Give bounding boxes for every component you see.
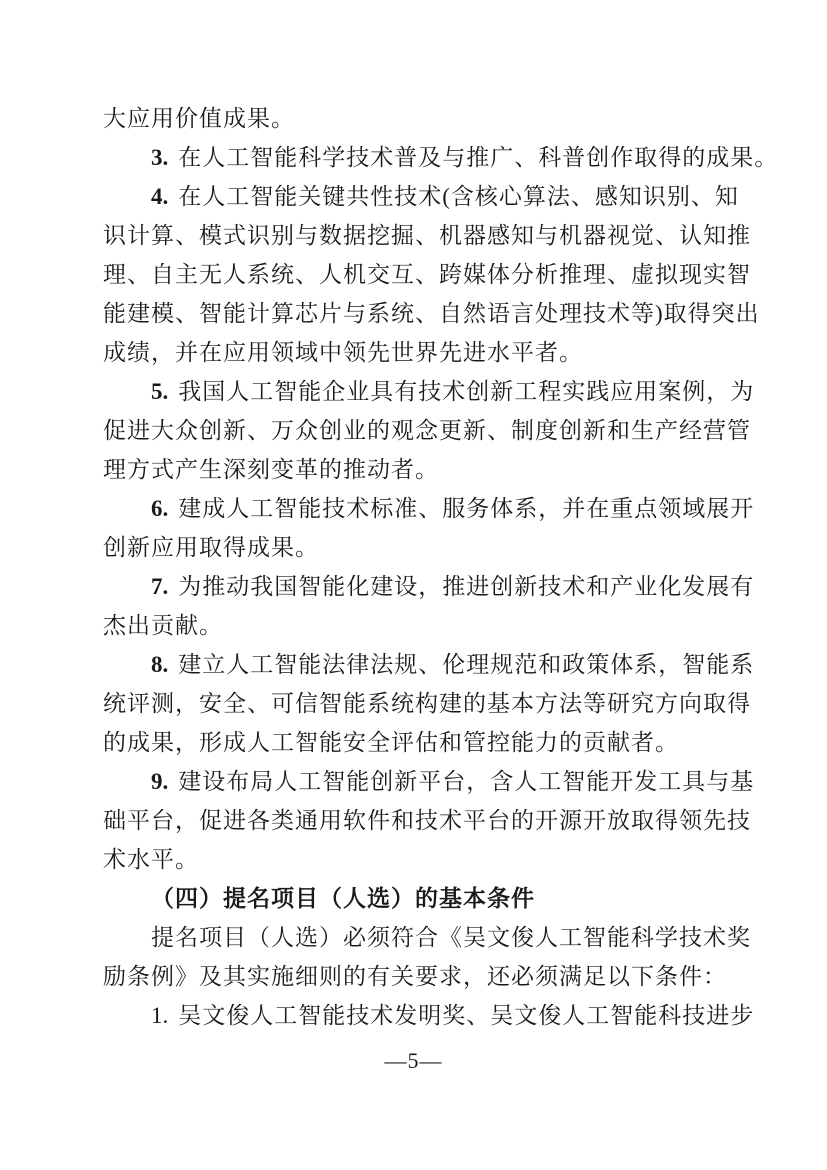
line-text: 建成人工智能技术标准、服务体系，并在重点领域展开	[178, 496, 754, 521]
line-text: 励条例》及其实施细则的有关要求，还必须满足以下条件：	[103, 964, 727, 989]
text-line: 能建模、智能计算芯片与系统、自然语言处理技术等)取得突出	[103, 294, 758, 333]
line-text: 大应用价值成果。	[103, 106, 295, 131]
list-number: 9.	[151, 769, 168, 794]
text-line: 的成果，形成人工智能安全评估和管控能力的贡献者。	[103, 723, 758, 762]
line-text: 的成果，形成人工智能安全评估和管控能力的贡献者。	[103, 730, 679, 755]
list-number: 8.	[151, 652, 168, 677]
line-text: 建立人工智能法律法规、伦理规范和政策体系，智能系	[178, 652, 754, 677]
line-text: 建设布局人工智能创新平台，含人工智能开发工具与基	[178, 769, 754, 794]
text-line: 理、自主无人系统、人机交互、跨媒体分析推理、虚拟现实智	[103, 255, 758, 294]
text-line: 8.建立人工智能法律法规、伦理规范和政策体系，智能系	[103, 645, 758, 684]
line-text: 创新应用取得成果。	[103, 535, 319, 560]
line-text: 我国人工智能企业具有技术创新工程实践应用案例，为	[178, 379, 754, 404]
text-line: 促进大众创新、万众创业的观念更新、制度创新和生产经营管	[103, 411, 758, 450]
text-line: 9.建设布局人工智能创新平台，含人工智能开发工具与基	[103, 762, 758, 801]
list-number: 6.	[151, 496, 168, 521]
text-line: 础平台，促进各类通用软件和技术平台的开源开放取得领先技	[103, 801, 758, 840]
list-number: 3.	[151, 145, 168, 170]
text-line: 识计算、模式识别与数据挖掘、机器感知与机器视觉、认知推	[103, 216, 758, 255]
line-text: 理、自主无人系统、人机交互、跨媒体分析推理、虚拟现实智	[103, 262, 751, 287]
text-line: 创新应用取得成果。	[103, 528, 758, 567]
page-number: —5—	[385, 1048, 443, 1073]
line-text: （四）提名项目（人选）的基本条件	[151, 886, 535, 911]
line-text: 提名项目（人选）必须符合《吴文俊人工智能科学技术奖	[151, 925, 751, 950]
line-text: 在人工智能关键共性技术(含核心算法、感知识别、知	[178, 184, 739, 209]
list-number: 7.	[151, 574, 168, 599]
line-text: 术水平。	[103, 847, 199, 872]
text-line: 励条例》及其实施细则的有关要求，还必须满足以下条件：	[103, 957, 758, 996]
text-line: 成绩，并在应用领域中领先世界先进水平者。	[103, 333, 758, 372]
text-line: 3.在人工智能科学技术普及与推广、科普创作取得的成果。	[103, 138, 758, 177]
text-line: 杰出贡献。	[103, 606, 758, 645]
text-line: 4.在人工智能关键共性技术(含核心算法、感知识别、知	[103, 177, 758, 216]
text-line: 术水平。	[103, 840, 758, 879]
text-line: 理方式产生深刻变革的推动者。	[103, 450, 758, 489]
text-line: （四）提名项目（人选）的基本条件	[103, 879, 758, 918]
text-line: 统评测，安全、可信智能系统构建的基本方法等研究方向取得	[103, 684, 758, 723]
line-text: 础平台，促进各类通用软件和技术平台的开源开放取得领先技	[103, 808, 751, 833]
line-text: 为推动我国智能化建设，推进创新技术和产业化发展有	[178, 574, 754, 599]
line-text: 吴文俊人工智能技术发明奖、吴文俊人工智能科技进步	[178, 1003, 754, 1028]
text-line: 5.我国人工智能企业具有技术创新工程实践应用案例，为	[103, 372, 758, 411]
line-text: 能建模、智能计算芯片与系统、自然语言处理技术等)取得突出	[103, 301, 760, 326]
page-footer: —5—	[0, 1048, 827, 1074]
list-number: 5.	[151, 379, 168, 404]
line-text: 理方式产生深刻变革的推动者。	[103, 457, 439, 482]
line-text: 统评测，安全、可信智能系统构建的基本方法等研究方向取得	[103, 691, 751, 716]
line-text: 促进大众创新、万众创业的观念更新、制度创新和生产经营管	[103, 418, 751, 443]
text-line: 大应用价值成果。	[103, 99, 758, 138]
line-text: 成绩，并在应用领域中领先世界先进水平者。	[103, 340, 583, 365]
line-text: 在人工智能科学技术普及与推广、科普创作取得的成果。	[178, 145, 778, 170]
list-number: 1.	[151, 1003, 168, 1028]
line-text: 杰出贡献。	[103, 613, 223, 638]
text-line: 1.吴文俊人工智能技术发明奖、吴文俊人工智能科技进步	[103, 996, 758, 1035]
text-line: 7.为推动我国智能化建设，推进创新技术和产业化发展有	[103, 567, 758, 606]
document-body: 大应用价值成果。 3.在人工智能科学技术普及与推广、科普创作取得的成果。 4.在…	[103, 99, 758, 1035]
line-text: 识计算、模式识别与数据挖掘、机器感知与机器视觉、认知推	[103, 223, 751, 248]
list-number: 4.	[151, 184, 168, 209]
text-line: 提名项目（人选）必须符合《吴文俊人工智能科学技术奖	[103, 918, 758, 957]
document-page: 大应用价值成果。 3.在人工智能科学技术普及与推广、科普创作取得的成果。 4.在…	[0, 0, 827, 1170]
text-line: 6.建成人工智能技术标准、服务体系，并在重点领域展开	[103, 489, 758, 528]
